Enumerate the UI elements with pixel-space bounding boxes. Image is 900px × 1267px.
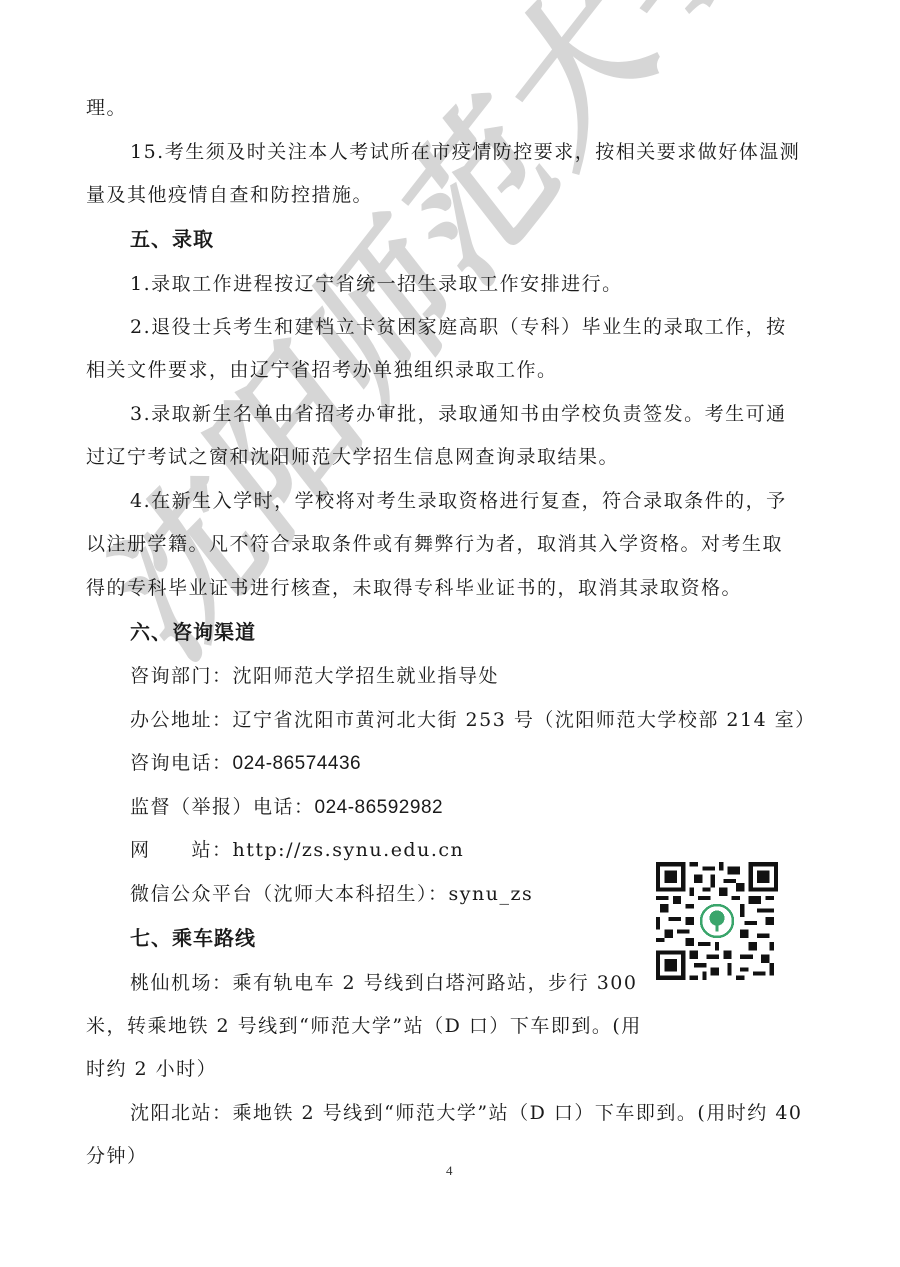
- phone-value: 024-86574436: [233, 753, 362, 774]
- phone-label: 咨询电话：: [130, 752, 233, 774]
- section-heading-consultation: 六、咨询渠道: [130, 620, 256, 644]
- paragraph-line: 4.在新生入学时，学校将对考生录取资格进行复查，符合录取条件的，予: [130, 489, 787, 513]
- paragraph-line: 相关文件要求，由辽宁省招考办单独组织录取工作。: [86, 358, 558, 382]
- address-value: 辽宁省沈阳市黄河北大街 253 号（沈阳师范大学校部 214 室）: [233, 709, 816, 731]
- website-link[interactable]: http://zs.synu.edu.cn: [233, 839, 465, 861]
- section-heading-admission: 五、录取: [130, 227, 214, 251]
- consult-phone: 咨询电话：024-86574436: [130, 751, 361, 776]
- website-label: 网 站：: [130, 839, 233, 861]
- report-phone-value: 024-86592982: [315, 797, 444, 818]
- department-value: 沈阳师范大学招生就业指导处: [233, 665, 500, 687]
- wechat-label: 微信公众平台（沈师大本科招生）：: [130, 883, 449, 905]
- wechat-id: synu_zs: [449, 883, 534, 905]
- office-address: 办公地址：辽宁省沈阳市黄河北大街 253 号（沈阳师范大学校部 214 室）: [130, 708, 816, 732]
- department-label: 咨询部门：: [130, 665, 233, 687]
- website: 网 站：http://zs.synu.edu.cn: [130, 838, 464, 862]
- section-heading-transport: 七、乘车路线: [130, 926, 256, 950]
- page-number: 4: [446, 1163, 453, 1179]
- paragraph-line: 沈阳北站：乘地铁 2 号线到“师范大学”站（D 口）下车即到。(用时约 40: [130, 1101, 803, 1125]
- paragraph-line: 量及其他疫情自查和防控措施。: [86, 183, 373, 207]
- paragraph-line: 1.录取工作进程按辽宁省统一招生录取工作安排进行。: [130, 272, 623, 296]
- paragraph-line: 分钟）: [86, 1144, 148, 1168]
- paragraph-line: 以注册学籍。凡不符合录取条件或有舞弊行为者，取消其入学资格。对考生取: [86, 532, 783, 556]
- paragraph-line: 2.退役士兵考生和建档立卡贫困家庭高职（专科）毕业生的录取工作，按: [130, 315, 787, 339]
- report-label: 监督（举报）电话：: [130, 796, 315, 818]
- qr-code-icon: [656, 862, 778, 980]
- paragraph-line: 过辽宁考试之窗和沈阳师范大学招生信息网查询录取结果。: [86, 445, 619, 469]
- paragraph-line: 得的专科毕业证书进行核查，未取得专科毕业证书的，取消其录取资格。: [86, 576, 742, 600]
- address-label: 办公地址：: [130, 709, 233, 731]
- paragraph-line: 米，转乘地铁 2 号线到“师范大学”站（D 口）下车即到。(用: [86, 1014, 642, 1038]
- wechat-platform: 微信公众平台（沈师大本科招生）：synu_zs: [130, 882, 533, 906]
- paragraph-line: 理。: [86, 96, 127, 120]
- report-phone: 监督（举报）电话：024-86592982: [130, 795, 443, 820]
- paragraph-line: 15.考生须及时关注本人考试所在市疫情防控要求，按相关要求做好体温测: [130, 140, 800, 164]
- paragraph-line: 桃仙机场：乘有轨电车 2 号线到白塔河路站，步行 300: [130, 971, 637, 995]
- paragraph-line: 时约 2 小时）: [86, 1057, 217, 1081]
- paragraph-line: 3.录取新生名单由省招考办审批，录取通知书由学校负责签发。考生可通: [130, 402, 787, 426]
- consult-department: 咨询部门：沈阳师范大学招生就业指导处: [130, 664, 499, 688]
